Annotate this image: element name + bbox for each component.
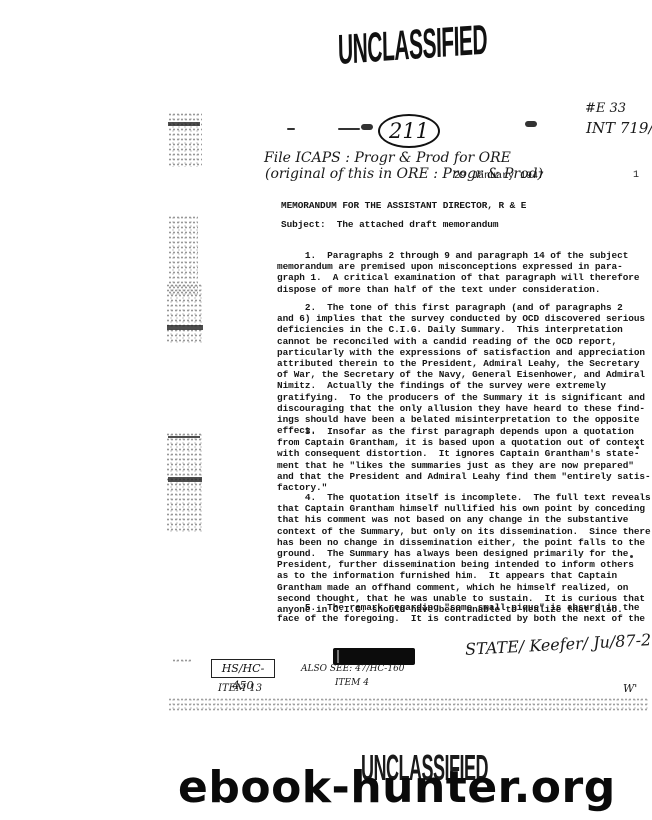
handwritten-int-reference: INT 719/1 bbox=[586, 119, 652, 137]
scan-noise bbox=[166, 283, 202, 343]
corner-mark: W' bbox=[623, 682, 637, 695]
scan-noise-bar bbox=[168, 122, 200, 126]
scan-noise-bar bbox=[167, 325, 203, 330]
item-label-13: ITEM 13 bbox=[218, 683, 262, 694]
scan-noise-bar bbox=[168, 477, 202, 482]
boxed-reference-number: HS/HC-450 bbox=[211, 659, 275, 678]
scan-noise bbox=[166, 432, 202, 532]
scan-noise bbox=[168, 112, 202, 167]
pen-mark bbox=[338, 128, 360, 130]
paragraph-3: 3. Insofar as the first paragraph depend… bbox=[277, 426, 651, 493]
pen-mark bbox=[361, 124, 373, 130]
item-label-4: ITEM 4 bbox=[335, 678, 369, 688]
pen-mark bbox=[525, 121, 537, 127]
scan-noise-bar bbox=[168, 436, 200, 438]
circled-document-number: 211 bbox=[378, 114, 440, 148]
paragraph-1: 1. Paragraphs 2 through 9 and paragraph … bbox=[277, 250, 639, 295]
classification-stamp-top: UNCLASSIFIED bbox=[338, 16, 488, 74]
scanned-document-page: UNCLASSIFIED 211 #E 33 INT 719/1 File IC… bbox=[0, 0, 652, 820]
scan-noise-band bbox=[168, 697, 648, 711]
redaction-block bbox=[333, 648, 415, 665]
document-date: 29 January 1947 bbox=[454, 171, 544, 182]
watermark-text: ebook-hunter.org bbox=[178, 762, 616, 813]
scan-dot bbox=[636, 446, 639, 449]
paragraph-5: 5. The remark regarding "some small piqu… bbox=[277, 602, 645, 624]
also-see-note: ALSO SEE: 47/HC-160 bbox=[301, 664, 405, 674]
scan-noise bbox=[172, 658, 192, 664]
scan-dot bbox=[630, 555, 633, 558]
memo-subject: Subject: The attached draft memorandum bbox=[281, 219, 498, 230]
handwritten-signature-note: STATE/ Keefer/ Ju/87-2 bbox=[465, 630, 652, 659]
handwritten-file-note: File ICAPS : Progr & Prod for ORE bbox=[264, 150, 511, 166]
page-mark: 1 bbox=[633, 170, 639, 181]
paragraph-2: 2. The tone of this first paragraph (and… bbox=[277, 302, 645, 436]
memo-heading: MEMORANDUM FOR THE ASSISTANT DIRECTOR, R… bbox=[281, 200, 526, 211]
paragraph-4: 4. The quotation itself is incomplete. T… bbox=[277, 492, 651, 615]
pen-mark bbox=[287, 128, 295, 130]
handwritten-reference-top: #E 33 bbox=[585, 101, 626, 116]
